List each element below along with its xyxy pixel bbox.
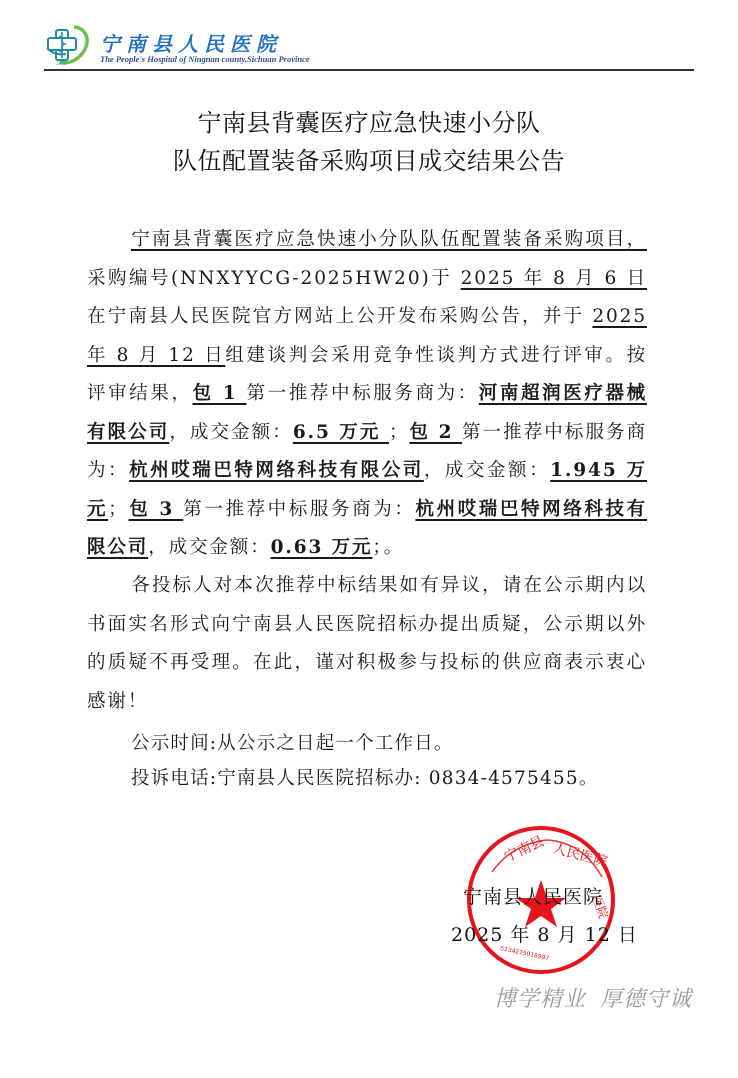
lot3-label: 包 3 [129,499,184,520]
separator: ； [108,499,128,520]
slogan-part1: 博学精业 [494,987,586,1012]
separator: ； [389,422,409,443]
lot1-label: 包 1 [193,383,247,404]
lot1-amount-label: ，成交金额： [169,422,293,443]
document-header: 1939 宁南县人民医院 The People's Hospital of Ni… [44,24,694,70]
document-title-line2: 队伍配置装备采购项目成交结果公告 [0,141,738,176]
procurement-number-text: 采购编号(NNXYYCG-2025HW20)于 [87,268,452,289]
result-paragraph: 宁南县背囊医疗应急快速小分队队伍配置装备采购项目，采购编号(NNXYYCG-20… [87,221,647,568]
objection-paragraph: 各投标人对本次推荐中标结果如有异议，请在公示期内以书面实名形式向宁南县人民医院招… [87,567,647,721]
lot1-text: 第一推荐中标服务商为： [247,383,479,404]
objection-text: 各投标人对本次推荐中标结果如有异议，请在公示期内以书面实名形式向宁南县人民医院招… [87,575,647,712]
hospital-name-en: The People's Hospital of Ningnan county,… [100,54,310,64]
svg-text:人民医院: 人民医院 [551,840,609,870]
paragraph-end: ；。 [372,537,404,558]
svg-text:1939: 1939 [56,61,67,66]
slogan-part2: 厚德守诚 [600,987,692,1012]
header-divider [44,69,694,71]
notice-period: 公示时间:从公示之日起一个工作日。 [131,729,454,755]
hospital-name-cn: 宁南县人民医院 [100,28,282,57]
signing-date: 2025 年 8 月 12 日 [451,920,638,947]
publish-text: 在宁南县人民医院官方网站上公开发布采购公告，并于 [87,306,584,327]
publish-date: 2025 年 8 月 6 日 [461,268,647,289]
lot2-amount-label: ，成交金额： [424,460,550,481]
lot2-label: 包 2 [409,422,462,443]
lot3-amount: 0.63 万元 [271,537,373,558]
hospital-slogan: 博学精业厚德守诚 [494,982,692,1013]
lot3-text: 第一推荐中标服务商为： [183,499,415,520]
document-title-line1: 宁南县背囊医疗应急快速小分队 [0,103,738,138]
signing-organization: 宁南县人民医院 [463,882,603,909]
svg-text:5134275018997: 5134275018997 [500,945,550,962]
project-name: 宁南县背囊医疗应急快速小分队队伍配置装备采购项目， [131,229,647,250]
complaint-phone: 投诉电话:宁南县人民医院招标办: 0834-4575455。 [131,764,599,790]
hospital-logo-icon: 1939 [44,24,92,66]
lot2-vendor: 杭州哎瑞巴特网络科技有限公司 [129,460,424,481]
lot3-amount-label: ，成交金额： [148,537,270,558]
lot1-amount: 6.5 万元 [293,422,389,443]
